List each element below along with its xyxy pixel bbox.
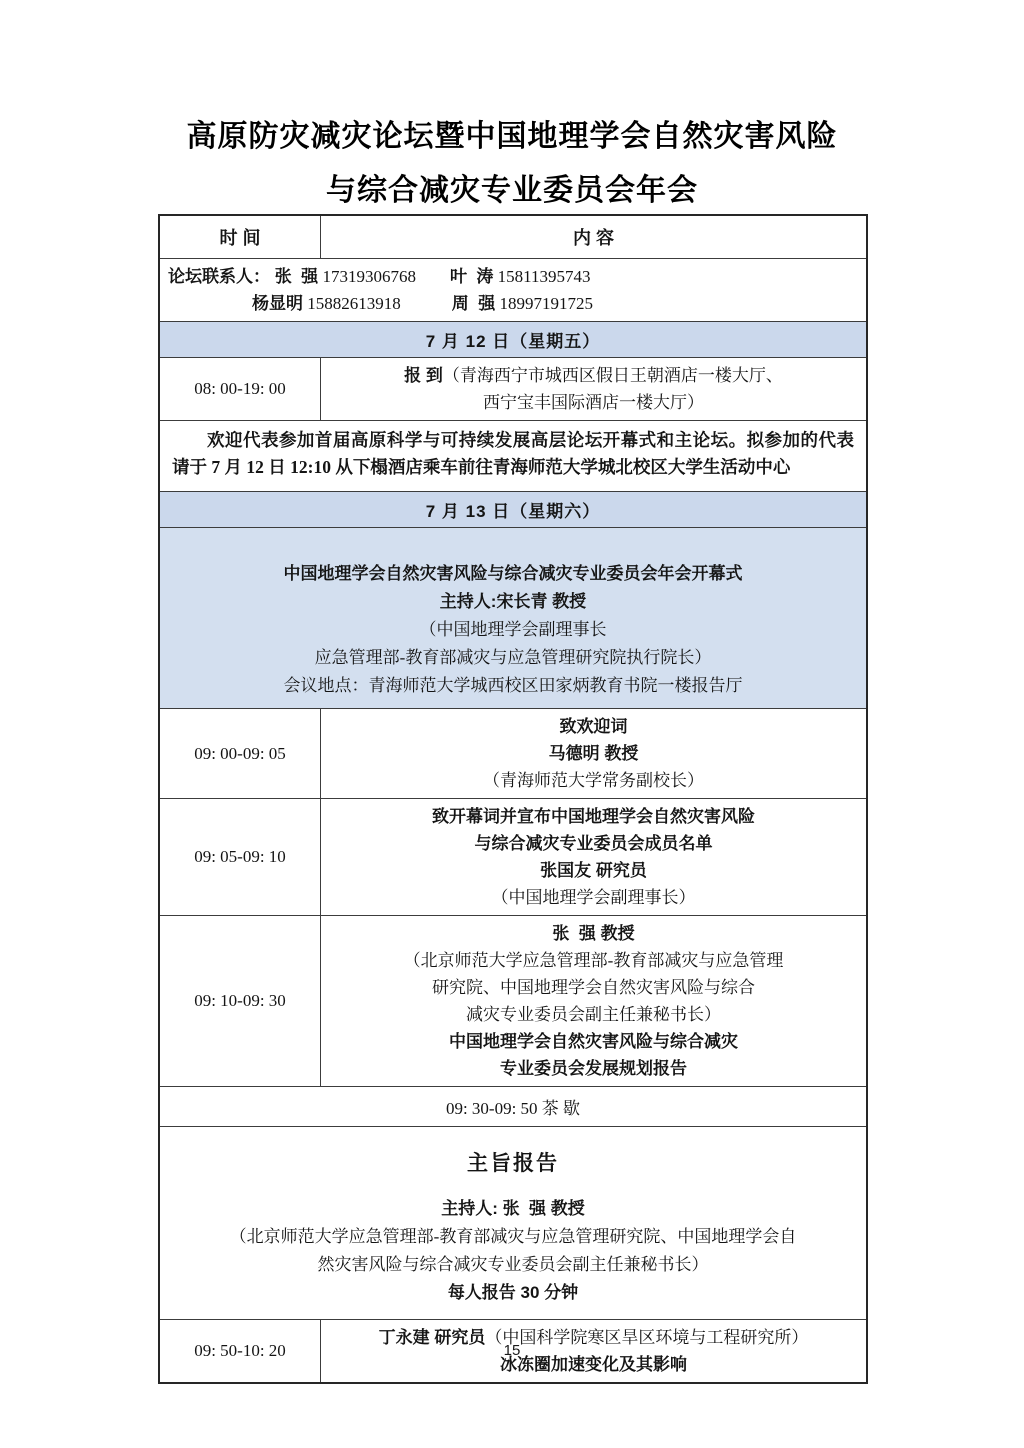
- section-block-cell: 主旨报告主持人: 张 强 教授（北京师范大学应急管理部-教育部减灾与应急管理研究…: [160, 1127, 866, 1319]
- content-cell: 张 强 教授（北京师范大学应急管理部-教育部减灾与应急管理研究院、中国地理学会自…: [321, 916, 866, 1086]
- table-row: 论坛联系人： 张 强 17319306768 叶 涛 15811395743杨显…: [160, 258, 866, 321]
- content-cell: 报 到（青海西宁市城西区假日王朝酒店一楼大厅、西宁宝丰国际酒店一楼大厅）: [321, 358, 866, 420]
- text-line: 主旨报告: [170, 1149, 856, 1178]
- text-line: 研究院、中国地理学会自然灾害风险与综合: [329, 974, 858, 1001]
- text-line: （青海师范大学常务副校长）: [329, 767, 858, 794]
- text-line: 西宁宝丰国际酒店一楼大厅）: [329, 389, 858, 416]
- text-segment: 张 强: [275, 267, 318, 286]
- text-line: 张国友 研究员: [329, 857, 858, 884]
- text-line: 每人报告 30 分钟: [170, 1279, 856, 1307]
- text-line: 主持人: 张 强 教授: [170, 1195, 856, 1223]
- text-segment: 致开幕词并宣布中国地理学会自然灾害风险: [432, 807, 755, 826]
- text-segment: 研究院、中国地理学会自然灾害风险与综合: [432, 978, 755, 997]
- text-segment: 15811395743: [493, 267, 590, 286]
- page-number: 15: [0, 1342, 1024, 1359]
- text-line: （北京师范大学应急管理部-教育部减灾与应急管理研究院、中国地理学会自: [170, 1223, 856, 1251]
- table-row: 主旨报告主持人: 张 强 教授（北京师范大学应急管理部-教育部减灾与应急管理研究…: [160, 1126, 866, 1319]
- date-banner: 7 月 13 日（星期六）: [426, 497, 601, 522]
- text-segment: 西宁宝丰国际酒店一楼大厅）: [483, 393, 704, 412]
- text-line: 马德明 教授: [329, 740, 858, 767]
- text-segment: 张国友 研究员: [540, 861, 647, 880]
- text-line: 致欢迎词: [329, 713, 858, 740]
- text-line: 张 强 教授: [329, 920, 858, 947]
- text-line: 中国地理学会自然灾害风险与综合减灾专业委员会年会开幕式: [170, 560, 856, 588]
- tea-break-cell: 09: 30-09: 50 茶 歇: [160, 1087, 866, 1126]
- text-segment: 杨显明: [252, 294, 303, 313]
- text-segment: 主旨报告: [467, 1152, 559, 1175]
- text-line: 报 到（青海西宁市城西区假日王朝酒店一楼大厅、: [329, 362, 858, 389]
- text-line: 然灾害风险与综合减灾专业委员会副主任兼秘书长）: [170, 1251, 856, 1279]
- section-block-cell: 中国地理学会自然灾害风险与综合减灾专业委员会年会开幕式主持人:宋长青 教授（中国…: [160, 528, 866, 708]
- content-cell: 致开幕词并宣布中国地理学会自然灾害风险与综合减灾专业委员会成员名单张国友 研究员…: [321, 799, 866, 915]
- text-segment: 会议地点：青海师范大学城西校区田家炳教育书院一楼报告厅: [284, 676, 743, 695]
- table-row: 7 月 13 日（星期六）: [160, 491, 866, 527]
- text-line: 致开幕词并宣布中国地理学会自然灾害风险: [329, 803, 858, 830]
- time-cell: 09: 10-09: 30: [160, 916, 321, 1086]
- table-row: 09: 00-09: 05致欢迎词马德明 教授（青海师范大学常务副校长）: [160, 708, 866, 798]
- notice-paragraph: 欢迎代表参加首届高原科学与可持续发展高层论坛开幕式和主论坛。拟参加的代表请于 7…: [160, 421, 866, 491]
- text-line: 论坛联系人： 张 强 17319306768 叶 涛 15811395743: [168, 263, 858, 290]
- time-cell: 09: 00-09: 05: [160, 709, 321, 798]
- text-segment: 与综合减灾专业委员会成员名单: [475, 834, 713, 853]
- table-row: 09: 05-09: 10致开幕词并宣布中国地理学会自然灾害风险与综合减灾专业委…: [160, 798, 866, 915]
- text-segment: （青海师范大学常务副校长）: [483, 771, 704, 790]
- text-segment: 张 强 教授: [552, 924, 634, 943]
- table-header-row: 时 间 内 容: [160, 216, 866, 258]
- text-segment: 报 到: [404, 366, 443, 385]
- schedule-table: 时 间 内 容 论坛联系人： 张 强 17319306768 叶 涛 15811…: [158, 214, 868, 1384]
- text-line: 与综合减灾专业委员会成员名单: [329, 830, 858, 857]
- table-row: 08: 00-19: 00报 到（青海西宁市城西区假日王朝酒店一楼大厅、西宁宝丰…: [160, 357, 866, 420]
- text-line: 会议地点：青海师范大学城西校区田家炳教育书院一楼报告厅: [170, 672, 856, 700]
- table-row: 09: 10-09: 30张 强 教授（北京师范大学应急管理部-教育部减灾与应急…: [160, 915, 866, 1086]
- document-page: 高原防灾减灾论坛暨中国地理学会自然灾害风险 与综合减灾专业委员会年会 时 间 内…: [0, 0, 1024, 1448]
- text-line: 应急管理部-教育部减灾与应急管理研究院执行院长）: [170, 644, 856, 672]
- text-segment: 主持人: 张 强 教授: [441, 1199, 585, 1218]
- text-line: （中国地理学会副理事长）: [329, 884, 858, 911]
- text-segment: 15882613918: [303, 294, 401, 313]
- text-line: 杨显明 15882613918 周 强 18997191725: [168, 290, 858, 317]
- text-segment: （北京师范大学应急管理部-教育部减灾与应急管理: [404, 951, 784, 970]
- text-segment: 致欢迎词: [560, 717, 628, 736]
- text-segment: （中国地理学会副理事长: [420, 620, 607, 639]
- table-row: 欢迎代表参加首届高原科学与可持续发展高层论坛开幕式和主论坛。拟参加的代表请于 7…: [160, 420, 866, 491]
- time-cell: 08: 00-19: 00: [160, 358, 321, 420]
- text-segment: 中国地理学会自然灾害风险与综合减灾: [449, 1032, 738, 1051]
- date-banner: 7 月 12 日（星期五）: [426, 327, 601, 352]
- text-segment: 18997191725: [495, 294, 593, 313]
- text-segment: 主持人:宋长青 教授: [440, 592, 586, 611]
- text-segment: （青海西宁市城西区假日王朝酒店一楼大厅、: [443, 366, 783, 385]
- text-line: 中国地理学会自然灾害风险与综合减灾: [329, 1028, 858, 1055]
- table-row: 7 月 12 日（星期五）: [160, 321, 866, 357]
- text-segment: 叶 涛: [450, 267, 493, 286]
- text-line: 减灾专业委员会副主任兼秘书长）: [329, 1001, 858, 1028]
- text-segment: （中国地理学会副理事长）: [492, 888, 696, 907]
- page-title: 高原防灾减灾论坛暨中国地理学会自然灾害风险 与综合减灾专业委员会年会: [0, 0, 1024, 218]
- text-segment: 每人报告 30 分钟: [448, 1283, 578, 1302]
- time-cell: 09: 05-09: 10: [160, 799, 321, 915]
- table-row: 中国地理学会自然灾害风险与综合减灾专业委员会年会开幕式主持人:宋长青 教授（中国…: [160, 527, 866, 708]
- contact-cell: 论坛联系人： 张 强 17319306768 叶 涛 15811395743杨显…: [160, 259, 866, 321]
- text-line: （北京师范大学应急管理部-教育部减灾与应急管理: [329, 947, 858, 974]
- text-line: 专业委员会发展规划报告: [329, 1055, 858, 1082]
- text-segment: 17319306768: [318, 267, 416, 286]
- page-title-line1: 高原防灾减灾论坛暨中国地理学会自然灾害风险: [0, 110, 1024, 164]
- text-segment: [416, 267, 450, 286]
- text-segment: [401, 294, 452, 313]
- text-line: 主持人:宋长青 教授: [170, 588, 856, 616]
- text-segment: 论坛联系人：: [168, 267, 275, 286]
- text-line: （中国地理学会副理事长: [170, 616, 856, 644]
- page-title-line2: 与综合减灾专业委员会年会: [0, 164, 1024, 218]
- text-segment: 然灾害风险与综合减灾专业委员会副主任兼秘书长）: [318, 1255, 709, 1274]
- text-segment: （北京师范大学应急管理部-教育部减灾与应急管理研究院、中国地理学会自: [230, 1227, 797, 1246]
- text-segment: 马德明 教授: [549, 744, 639, 763]
- text-segment: 中国地理学会自然灾害风险与综合减灾专业委员会年会开幕式: [284, 564, 743, 583]
- text-segment: 周 强: [452, 294, 495, 313]
- time-header-cell: 时 间: [160, 216, 321, 258]
- content-cell: 致欢迎词马德明 教授（青海师范大学常务副校长）: [321, 709, 866, 798]
- table-row: 09: 30-09: 50 茶 歇: [160, 1086, 866, 1126]
- content-header-cell: 内 容: [321, 216, 866, 258]
- text-segment: 专业委员会发展规划报告: [500, 1059, 687, 1078]
- text-segment: 应急管理部-教育部减灾与应急管理研究院执行院长）: [315, 648, 712, 667]
- text-segment: 减灾专业委员会副主任兼秘书长）: [466, 1005, 721, 1024]
